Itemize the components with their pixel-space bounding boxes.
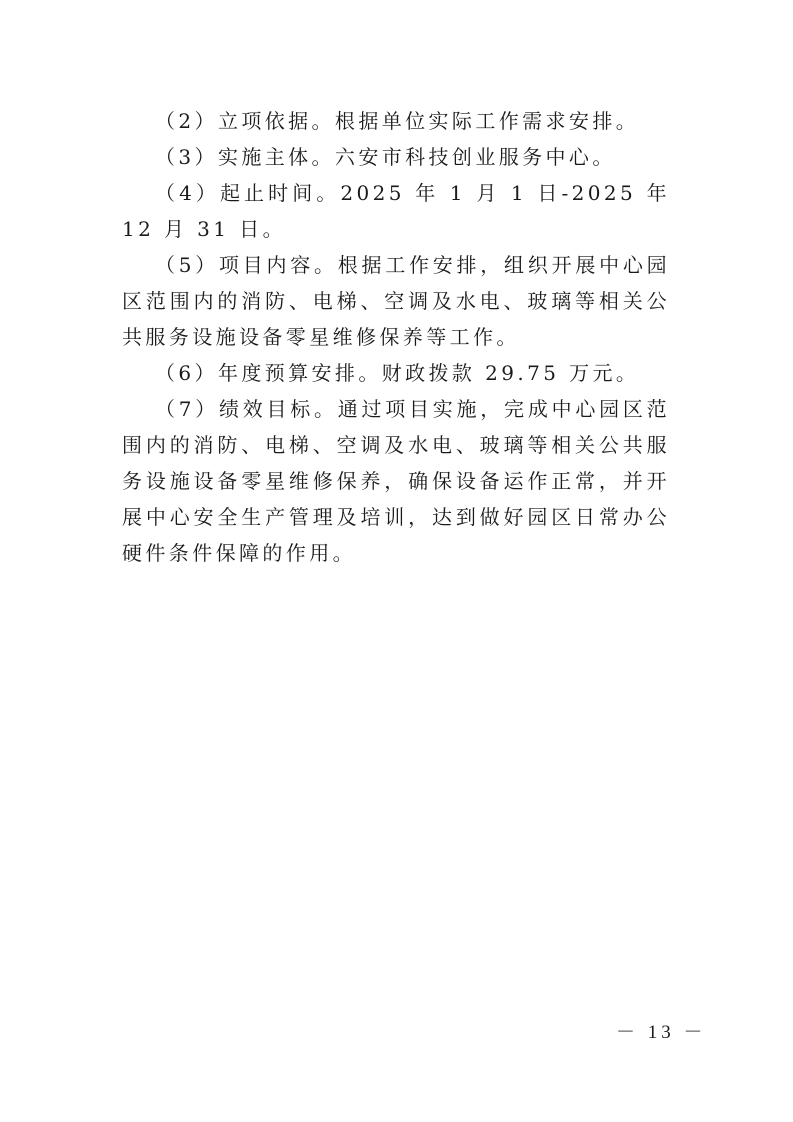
item-number: （2） [155, 109, 218, 133]
document-body: （2）立项依据。根据单位实际工作需求安排。 （3）实施主体。六安市科技创业服务中… [122, 103, 670, 571]
item-number: （6） [155, 361, 218, 385]
item-number: （4） [155, 181, 220, 205]
paragraph-annual-budget: （6）年度预算安排。财政拨款 29.75 万元。 [122, 355, 670, 391]
item-text: 绩效目标。通过项目实施，完成中心园区范围内的消防、电梯、空调及水电、玻璃等相关公… [122, 397, 670, 565]
paragraph-performance-goal: （7）绩效目标。通过项目实施，完成中心园区范围内的消防、电梯、空调及水电、玻璃等… [122, 391, 670, 571]
paragraph-project-basis: （2）立项依据。根据单位实际工作需求安排。 [122, 103, 670, 139]
item-number: （3） [155, 145, 218, 169]
item-text: 立项依据。根据单位实际工作需求安排。 [218, 109, 639, 133]
page-number: － 13 － [616, 1017, 707, 1044]
item-text: 年度预算安排。财政拨款 29.75 万元。 [218, 361, 639, 385]
paragraph-implementing-entity: （3）实施主体。六安市科技创业服务中心。 [122, 139, 670, 175]
paragraph-period: （4）起止时间。2025 年 1 月 1 日-2025 年 12 月 31 日。 [122, 175, 670, 247]
item-text: 实施主体。六安市科技创业服务中心。 [218, 145, 616, 169]
item-number: （5） [155, 253, 219, 277]
item-number: （7） [155, 397, 219, 421]
paragraph-project-content: （5）项目内容。根据工作安排，组织开展中心园区范围内的消防、电梯、空调及水电、玻… [122, 247, 670, 355]
